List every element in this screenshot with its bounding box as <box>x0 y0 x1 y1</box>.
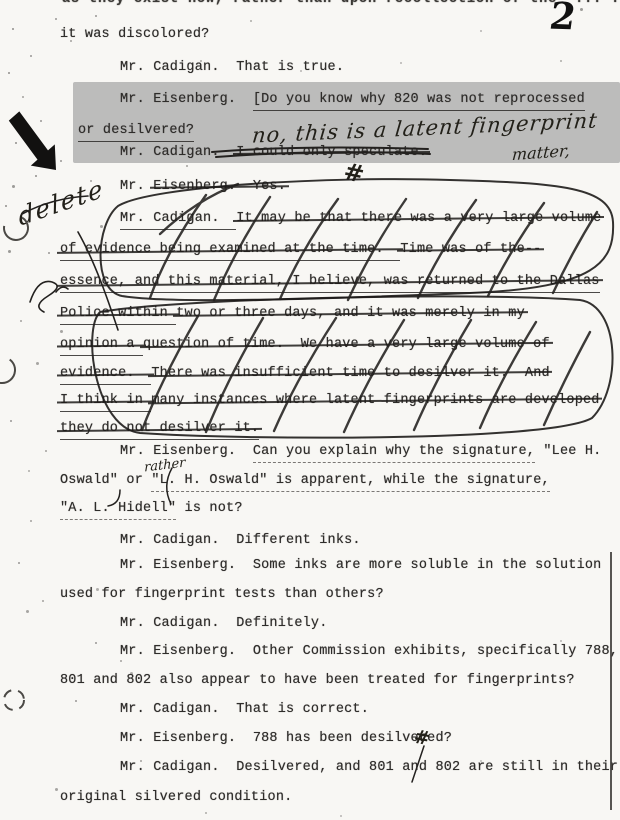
transcript-line: Oswald" or "L. H. Oswald" is apparent, w… <box>60 472 550 492</box>
text-segment: Mr. Eisenberg. Some inks are more solubl… <box>120 557 601 575</box>
transcript-line: Mr. Eisenberg. Some inks are more solubl… <box>120 557 601 575</box>
text-segment: Mr. Cadigan. Different inks. <box>120 532 361 550</box>
text-segment: Mr. Cadigan. Definitely. <box>120 615 328 633</box>
transcript-line: evidence. There was insufficient time to… <box>60 365 550 385</box>
text-segment: Time was of the-- <box>400 241 541 259</box>
transcript-line: they do not desilver it. <box>60 420 259 440</box>
transcript-line: Mr. Cadigan. Different inks. <box>120 532 361 550</box>
scan-noise <box>0 0 3 3</box>
text-segment: two or three days, and it was merely in … <box>176 305 525 323</box>
text-segment: opinion a <box>60 336 143 356</box>
transcript-line: of evidence being examined at the time. … <box>60 241 541 261</box>
text-segment: as they exist now, rather than upon reco… <box>62 0 620 9</box>
hash-mark-top: # <box>341 156 367 189</box>
text-segment: Mr. <box>120 178 153 196</box>
text-segment: Mr. Cadigan. Desilvered, and 801 and 802… <box>120 759 618 777</box>
transcript-line: it was discolored? <box>60 26 209 44</box>
text-segment: or desilvered? <box>78 122 194 142</box>
transcript-line: Mr. Cadigan. That is true. <box>120 59 344 77</box>
text-segment: "Lee H. <box>535 443 601 461</box>
transcript-line: opinion a question of time. We have a ve… <box>60 336 550 356</box>
text-segment: Oswald" or <box>60 472 151 490</box>
transcript-line: or desilvered? <box>78 122 194 142</box>
transcript-line: Mr. Cadigan. Desilvered, and 801 and 802… <box>120 759 618 777</box>
text-segment: Mr. Eisenberg. <box>120 443 253 461</box>
text-segment: Mr. Cadigan. That is true. <box>120 59 344 77</box>
text-segment: I think in <box>60 392 151 412</box>
hole-punch-mark <box>0 212 32 710</box>
text-segment: Mr. Cadigan. <box>120 144 236 162</box>
transcript-line: Mr. Cadigan. That is correct. <box>120 701 369 719</box>
page-number-mark: 2 <box>547 0 579 38</box>
text-segment: Mr. Eisenberg. <box>120 91 253 109</box>
text-segment: [Do you know why 820 was not reprocessed <box>253 91 585 111</box>
text-segment: original silvered condition. <box>60 789 292 807</box>
text-segment: Mr. Cadigan. That is correct. <box>120 701 369 719</box>
text-segment: used for fingerprint tests than others? <box>60 586 384 604</box>
document-page: as they exist now, rather than upon reco… <box>0 0 620 820</box>
text-segment: question of time. We have a very large v… <box>143 336 550 354</box>
text-segment: Police within <box>60 305 176 325</box>
text-segment: Mr. Eisenberg. 788 has been desilvered? <box>120 730 452 748</box>
transcript-line: as they exist now, rather than upon reco… <box>62 0 620 9</box>
text-segment: Mr. Eisenberg. Other Commission exhibits… <box>120 643 618 661</box>
transcript-line: Police within two or three days, and it … <box>60 305 525 325</box>
transcript-line: Mr. Cadigan. It may be that there was a … <box>120 210 601 230</box>
transcript-line: 801 and 802 also appear to have been tre… <box>60 672 575 690</box>
text-segment: Mr. Cadigan. <box>120 210 236 230</box>
transcript-line: essence, and this material, I believe, w… <box>60 273 600 293</box>
text-segment: essence, and this material, I believe, w… <box>60 273 600 293</box>
text-segment: it was discolored? <box>60 26 209 44</box>
delete-note: delete <box>16 173 106 232</box>
transcript-line: used for fingerprint tests than others? <box>60 586 384 604</box>
text-segment: It may be that there was a very large vo… <box>236 210 601 228</box>
transcript-line: Mr. Eisenberg. Yes. <box>120 178 286 196</box>
text-segment: evidence. <box>60 365 151 385</box>
transcript-line: Mr. Eisenberg. Other Commission exhibits… <box>120 643 618 661</box>
transcript-line: I think in many instances where latent f… <box>60 392 600 412</box>
text-segment: There was insufficient time to desilver … <box>151 365 549 383</box>
delete-arrow-icon <box>9 111 56 170</box>
transcript-line: Mr. Cadigan. I could only speculate. <box>120 144 427 162</box>
text-segment: "L. H. Oswald" is apparent, while the si… <box>151 472 549 492</box>
transcript-line: Mr. Eisenberg. [Do you know why 820 was … <box>120 91 585 111</box>
transcript-line: Mr. Cadigan. Definitely. <box>120 615 328 633</box>
text-segment: of evidence being examined at the time. <box>60 241 400 261</box>
transcript-line: Mr. Eisenberg. Can you explain why the s… <box>120 443 602 463</box>
transcript-line: "A. L. Hidell" is not? <box>60 500 243 520</box>
text-segment: "A. L. Hidell" <box>60 500 176 520</box>
transcript-line: original silvered condition. <box>60 789 292 807</box>
text-segment: many instances where latent fingerprints… <box>151 392 599 410</box>
text-segment: 801 and 802 also appear to have been tre… <box>60 672 575 690</box>
transcript-line: Mr. Eisenberg. 788 has been desilvered? <box>120 730 452 748</box>
text-segment: Can you explain why the signature, <box>253 443 535 463</box>
text-segment: is not? <box>176 500 242 518</box>
text-segment: Eisenberg. Yes. <box>153 178 286 196</box>
text-segment: they do not desilver it. <box>60 420 259 440</box>
